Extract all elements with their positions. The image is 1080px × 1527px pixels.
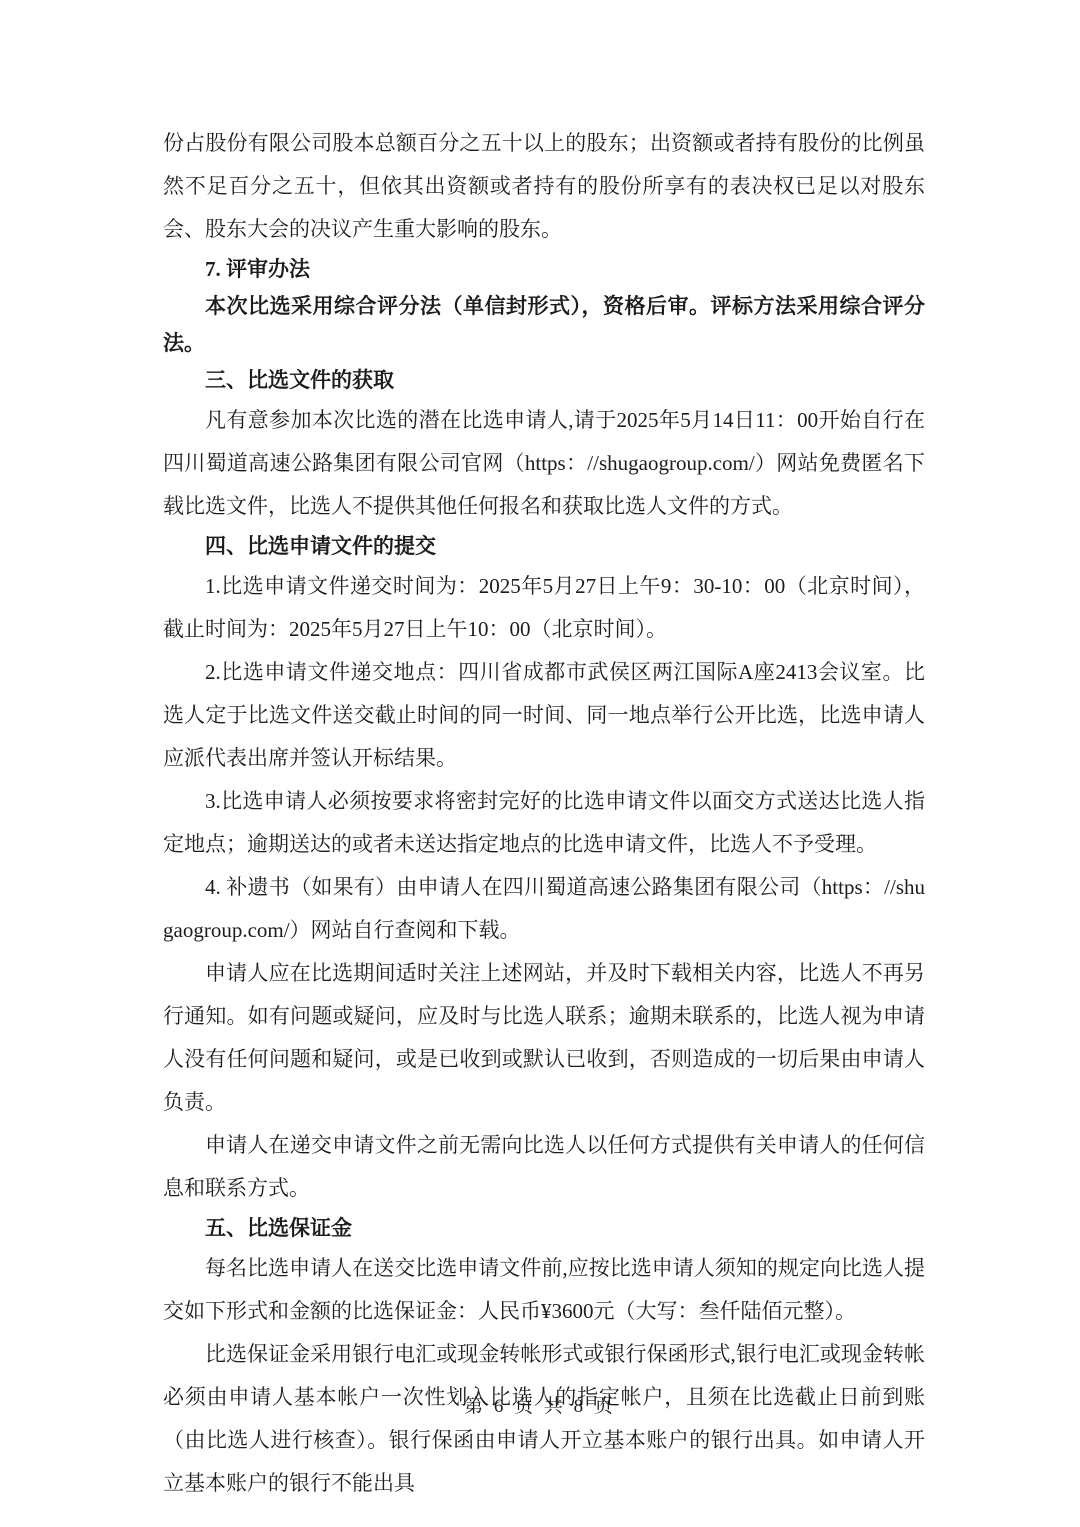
- para-no-info-needed: 申请人在递交申请文件之前无需向比选人以任何方式提供有关申请人的任何信息和联系方式…: [163, 1124, 925, 1210]
- document-page: 份占股份有限公司股本总额百分之五十以上的股东；出资额或者持有股份的比例虽然不足百…: [0, 0, 1080, 1527]
- para-review-method-body: 本次比选采用综合评分法（单信封形式），资格后审。评标方法采用综合评分法。: [163, 288, 925, 362]
- para-submission-place: 2.比选申请文件递交地点：四川省成都市武侯区两江国际A座2413会议室。比选人定…: [163, 651, 925, 780]
- para-obtain-documents: 凡有意参加本次比选的潜在比选申请人,请于2025年5月14日11：00开始自行在…: [163, 399, 925, 528]
- page-footer: 第 6 页 共 8 页: [0, 1394, 1080, 1420]
- para-website-attention: 申请人应在比选期间适时关注上述网站，并及时下载相关内容，比选人不再另行通知。如有…: [163, 952, 925, 1124]
- para-addendum: 4. 补遗书（如果有）由申请人在四川蜀道高速公路集团有限公司（https：//s…: [163, 866, 925, 952]
- para-shareholder-continuation: 份占股份有限公司股本总额百分之五十以上的股东；出资额或者持有股份的比例虽然不足百…: [163, 122, 925, 251]
- heading-3-obtain-documents: 三、比选文件的获取: [163, 362, 925, 399]
- para-delivery-requirement: 3.比选申请人必须按要求将密封完好的比选申请文件以面交方式送达比选人指定地点；逾…: [163, 780, 925, 866]
- heading-5-deposit: 五、比选保证金: [163, 1210, 925, 1247]
- heading-7-review-method: 7. 评审办法: [163, 251, 925, 288]
- para-deposit-amount: 每名比选申请人在送交比选申请文件前,应按比选申请人须知的规定向比选人提交如下形式…: [163, 1247, 925, 1333]
- heading-4-submission: 四、比选申请文件的提交: [163, 528, 925, 565]
- para-submission-time: 1.比选申请文件递交时间为：2025年5月27日上午9：30-10：00（北京时…: [163, 565, 925, 651]
